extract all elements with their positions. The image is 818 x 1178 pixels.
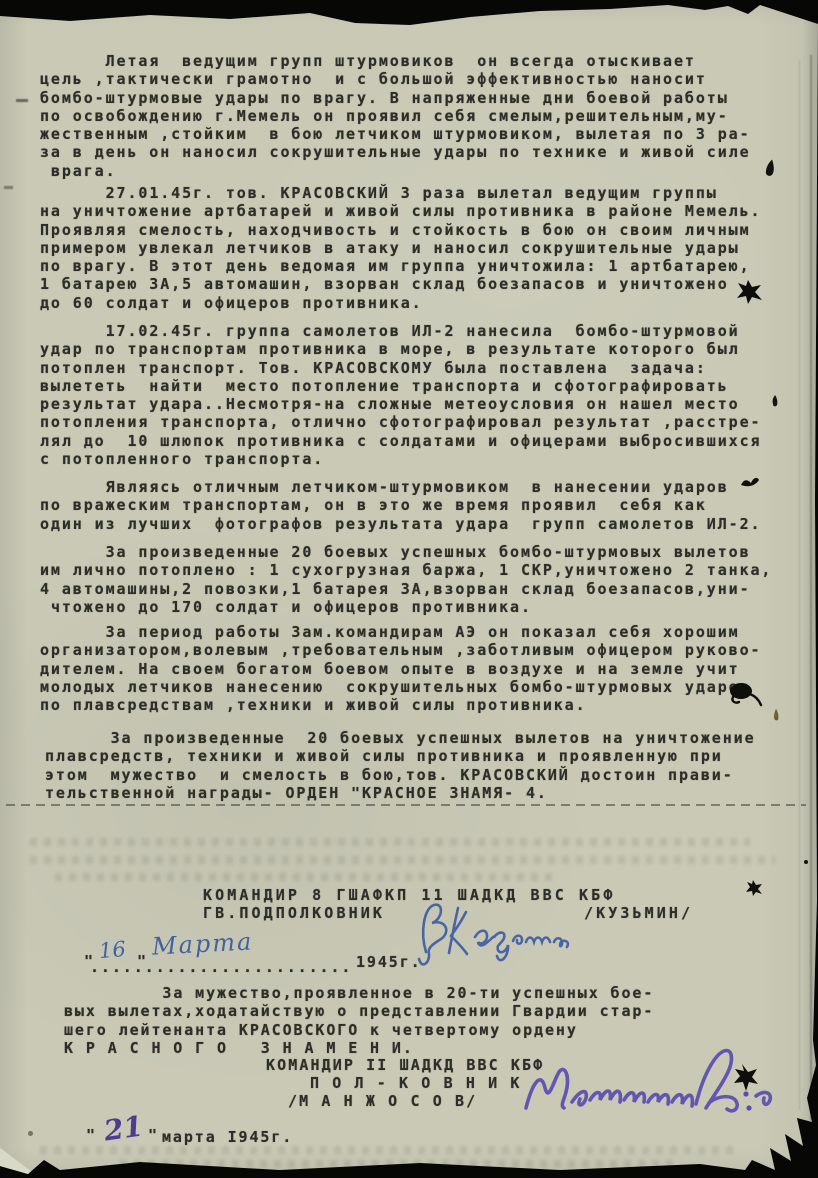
ink-speck (770, 394, 780, 408)
ink-blot (739, 474, 761, 490)
sig1-name: /КУЗЬМИН/ (584, 904, 693, 922)
sig2-rank-line: П О Л - К О В Н И К (310, 1074, 521, 1092)
paper-fleck (772, 708, 780, 722)
ink-dot (804, 860, 808, 864)
date2-quote-close: " (148, 1126, 159, 1144)
paragraph-4: Являясь отличным летчиком-штурмовиком в … (40, 478, 800, 533)
sig2-name-line: /М А Н Ж О С О В/ (288, 1092, 477, 1110)
paragraph-2: 27.01.45г. тов. КРАСОВСКИЙ 3 раза вылета… (40, 184, 800, 312)
paper-sheet: Летая ведущим групп штурмовиков он всегд… (0, 0, 818, 1178)
ink-blot (727, 680, 763, 708)
paragraph-5: За произведенные 20 боевых успешных бомб… (40, 543, 810, 616)
bleedthrough-line (120, 1160, 680, 1168)
paragraph-6: За период работы Зам.командирам АЭ он по… (40, 623, 800, 714)
paragraph-1: Летая ведущим групп штурмовиков он всегд… (40, 52, 800, 180)
bleedthrough-line (30, 838, 750, 846)
margin-dash (16, 99, 28, 102)
corner-fold (0, 1145, 40, 1178)
date1-day-handwritten: 16 (98, 937, 127, 963)
ink-dot (28, 1131, 33, 1136)
document-scan: Летая ведущим групп штурмовиков он всегд… (0, 0, 818, 1178)
dashed-separator (6, 804, 806, 806)
date1-dots: ........................ (90, 958, 352, 976)
date2-day-handwritten: 21 (102, 1109, 145, 1147)
manzhosov-signature-ink (518, 1042, 798, 1132)
date1-month-handwritten: Марта (151, 927, 254, 960)
bleedthrough-line (30, 856, 775, 864)
date1-year: 1945г. (356, 953, 422, 971)
paragraph-7: За произведенные 20 боевых успешных выле… (45, 729, 805, 802)
ink-blot-on-signature (734, 1064, 758, 1091)
paragraph-3: 17.02.45г. группа самолетов ИЛ-2 нанесил… (40, 322, 800, 468)
kuzmin-signature-ink (412, 896, 582, 976)
bleedthrough-line (55, 873, 555, 881)
date2-quote-open: " (86, 1126, 97, 1144)
sig1-rank-line: ГВ.ПОДПОЛКОВНИК (203, 904, 385, 922)
ink-splat (744, 878, 764, 896)
ink-blot (762, 158, 777, 178)
burn-hole (736, 278, 764, 304)
fold-line (799, 60, 800, 1110)
sig2-unit-line: КОМАНДИР II ШАДКД ВВС КБФ (266, 1056, 544, 1074)
page-edge-line (810, 55, 812, 1120)
margin-dash (4, 186, 13, 189)
date2-rest: марта I945г. (162, 1128, 293, 1146)
bleedthrough-line (40, 1146, 740, 1154)
